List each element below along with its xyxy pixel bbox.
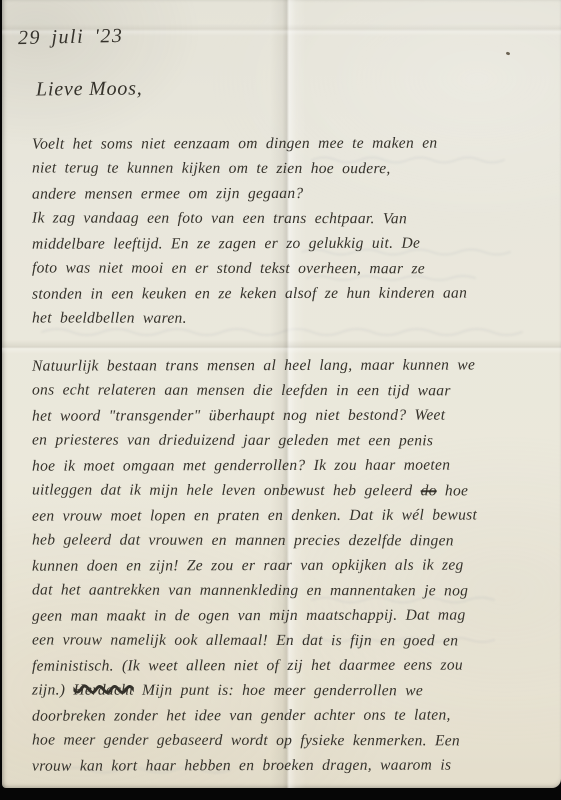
letter-line: doorbreken zonder het idee van gender ac… xyxy=(32,702,550,728)
letter-text: Mijn punt is: hoe meer genderrollen we xyxy=(134,682,423,700)
letter-line: middelbare leeftijd. En ze zagen er zo g… xyxy=(32,230,550,256)
letter-line: het woord "transgender" überhaupt nog ni… xyxy=(32,402,550,428)
letter-text: geen man maakt in de ogen van mijn maats… xyxy=(32,607,466,625)
letter-text: het woord "transgender" überhaupt nog ni… xyxy=(32,407,445,425)
letter-date: 29 juli '23 xyxy=(18,25,124,50)
letter-text: Natuurlijk bestaan trans mensen al heel … xyxy=(32,357,475,375)
letter-line: hoe meer gender gebaseerd wordt op fysie… xyxy=(32,727,550,753)
letter-text: andere mensen ermee om zijn gegaan? xyxy=(32,185,303,203)
letter-salutation: Lieve Moos, xyxy=(36,77,143,101)
letter-text: feministisch. (Ik weet alleen niet of zi… xyxy=(32,657,463,675)
letter-text: hoe meer gender gebaseerd wordt op fysie… xyxy=(32,731,460,749)
letter-line: vrouw kan kort haar hebben en broeken dr… xyxy=(32,752,550,778)
letter-paragraph: Voelt het soms niet eenzaam om dingen me… xyxy=(32,131,550,331)
letter-text: zijn.) xyxy=(32,681,73,698)
letter-line: Ik zag vandaag een foto van een trans ec… xyxy=(32,205,550,231)
letter-text: een vrouw moet lopen en praten en denken… xyxy=(32,507,477,525)
letter-text: vrouw kan kort haar hebben en broeken dr… xyxy=(32,757,451,775)
letter-line: Voelt het soms niet eenzaam om dingen me… xyxy=(32,130,550,156)
letter-text: heb geleerd dat vrouwen en mannen precie… xyxy=(32,531,454,549)
letter-line: een vrouw moet lopen en praten en denken… xyxy=(32,502,550,528)
letter-line: foto was niet mooi en er stond tekst ove… xyxy=(32,255,550,281)
letter-line: en priesteres van drieduizend jaar geled… xyxy=(32,427,550,453)
letter-line: niet terug te kunnen kijken om te zien h… xyxy=(32,155,550,181)
struck-word: do xyxy=(421,482,437,499)
letter-line: een vrouw namelijk ook allemaal! En dat … xyxy=(32,627,550,653)
letter-body: Voelt het soms niet eenzaam om dingen me… xyxy=(32,131,550,778)
letter-text: en priesteres van drieduizend jaar geled… xyxy=(32,431,433,449)
letter-text: hoe xyxy=(437,482,469,499)
letter-text: middelbare leeftijd. En ze zagen er zo g… xyxy=(32,235,420,253)
struck-word: Herdacht xyxy=(73,682,133,699)
letter-text: stonden in een keuken en ze keken alsof … xyxy=(32,285,467,303)
letter-text: uitleggen dat ik mijn hele leven onbewus… xyxy=(32,481,421,499)
letter-line: uitleggen dat ik mijn hele leven onbewus… xyxy=(32,477,550,503)
letter-paragraph: Natuurlijk bestaan trans mensen al heel … xyxy=(32,353,550,778)
letter-line: feministisch. (Ik weet alleen niet of zi… xyxy=(32,652,550,678)
letter-text: doorbreken zonder het idee van gender ac… xyxy=(32,707,451,725)
letter-line: kunnen doen en zijn! Ze zou er raar van … xyxy=(32,552,550,578)
letter-text: ons echt relateren aan mensen die leefde… xyxy=(32,381,451,399)
letter-text: een vrouw namelijk ook allemaal! En dat … xyxy=(32,631,458,649)
letter-line: dat het aantrekken van mannenkleding en … xyxy=(32,577,550,603)
letter-paper: 29 juli '23 Lieve Moos, Voelt het soms n… xyxy=(2,0,561,788)
letter-text: hoe ik moet omgaan met genderrollen? Ik … xyxy=(32,457,450,475)
letter-line: zijn.) Herdacht Mijn punt is: hoe meer g… xyxy=(32,677,550,703)
letter-line: ons echt relateren aan mensen die leefde… xyxy=(32,377,550,403)
letter-text: niet terug te kunnen kijken om te zien h… xyxy=(32,159,391,177)
letter-line: Natuurlijk bestaan trans mensen al heel … xyxy=(32,352,550,378)
letter-text: Ik zag vandaag een foto van een trans ec… xyxy=(32,209,407,227)
letter-text: Voelt het soms niet eenzaam om dingen me… xyxy=(32,135,437,153)
ink-dot xyxy=(506,51,511,55)
letter-text: het beeldbellen waren. xyxy=(32,309,187,326)
letter-text: kunnen doen en zijn! Ze zou er raar van … xyxy=(32,557,464,575)
letter-line: het beeldbellen waren. xyxy=(32,305,550,331)
letter-text: dat het aantrekken van mannenkleding en … xyxy=(32,581,468,599)
letter-line: stonden in een keuken en ze keken alsof … xyxy=(32,280,550,306)
letter-line: geen man maakt in de ogen van mijn maats… xyxy=(32,602,550,628)
letter-line: andere mensen ermee om zijn gegaan? xyxy=(32,180,550,206)
letter-text: foto was niet mooi en er stond tekst ove… xyxy=(32,259,425,277)
letter-line: heb geleerd dat vrouwen en mannen precie… xyxy=(32,527,550,553)
letter-line: hoe ik moet omgaan met genderrollen? Ik … xyxy=(32,452,550,478)
